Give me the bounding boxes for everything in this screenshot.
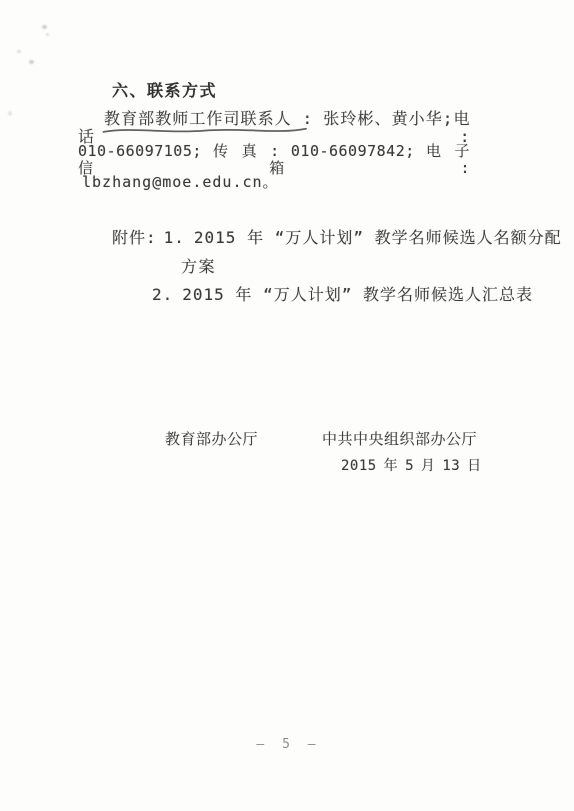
signature-org-left: 教育部办公厅 [165, 431, 258, 448]
section-heading: 六、联系方式 [112, 82, 217, 100]
attachment-item-2: 2.2015 年 “万人计划” 教学名师候选人汇总表 [152, 286, 533, 304]
scan-artifact-speck [17, 50, 21, 53]
page-number: — 5 — [0, 738, 574, 753]
attachment-1-title-line-1: 2015 年 “万人计划” 教学名师候选人名额分配 [194, 228, 562, 247]
scan-artifact-speck [29, 60, 34, 64]
handwritten-underline [101, 125, 308, 135]
attachment-item-1: 附件:1.2015 年 “万人计划” 教学名师候选人名额分配 [112, 229, 562, 247]
attachment-2-number: 2. [152, 285, 173, 304]
attachment-1-number: 1. [164, 228, 185, 247]
scanned-document-page: 六、联系方式 教育部教师工作司联系人 : 张玲彬、黄小华;电话: 010-660… [0, 0, 574, 811]
scan-artifact-speck [46, 33, 49, 36]
scan-artifact-speck [42, 25, 47, 29]
signature-date: 2015 年 5 月 13 日 [341, 458, 482, 474]
attachment-2-title: 2015 年 “万人计划” 教学名师候选人汇总表 [182, 285, 533, 304]
contact-email: lbzhang@moe.edu.cn。 [82, 174, 279, 191]
attachment-1-title-line-2: 方案 [181, 258, 216, 276]
attachments-label: 附件: [112, 228, 157, 247]
scan-artifact-speck [8, 111, 12, 116]
signature-org-right: 中共中央组织部办公厅 [322, 431, 477, 448]
underlined-phrase-wrap: 教育部教师工作司联系人 [104, 109, 302, 128]
